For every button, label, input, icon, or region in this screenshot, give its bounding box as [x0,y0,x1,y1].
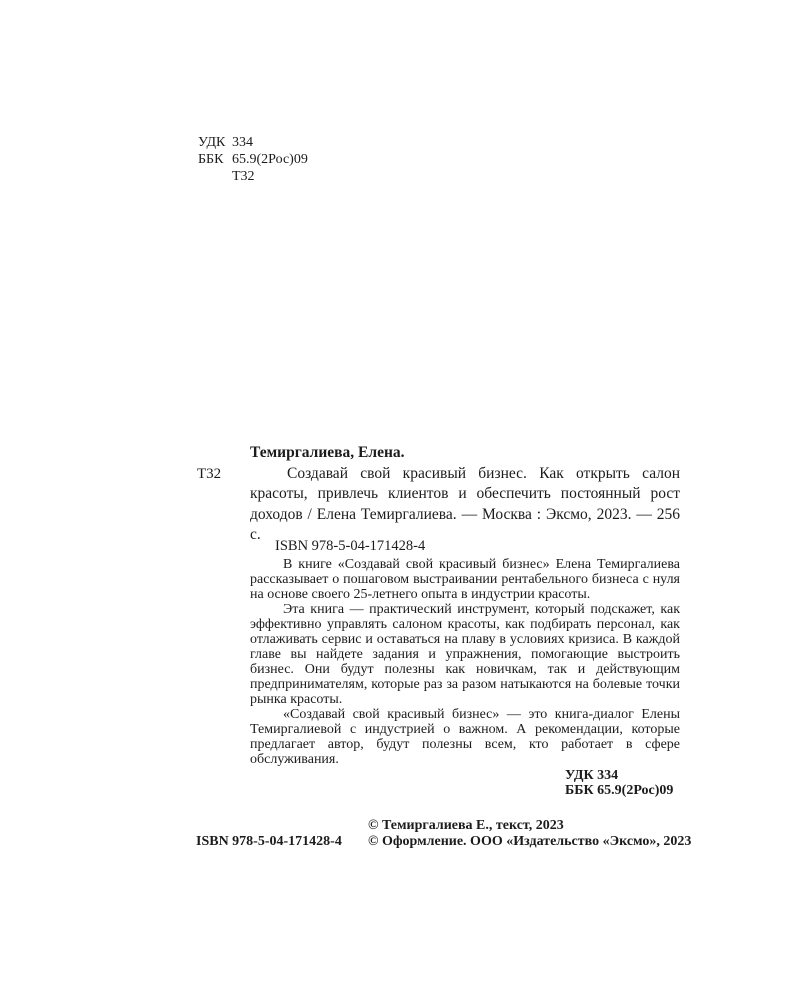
author-sign: Т32 [232,168,255,185]
bbk-row: ББК 65.9(2Рос)09 [198,151,308,168]
annotation-paragraph-2: Эта книга — практический инструмент, кот… [250,602,680,707]
author-sign-spacer [198,168,232,185]
classification-header: УДК 334 ББК 65.9(2Рос)09 Т32 [198,134,308,185]
udk-row: УДК 334 [198,134,308,151]
copyright-line-design: © Оформление. ООО «Издательство «Эксмо»,… [368,834,691,850]
udk-value: 334 [232,134,253,151]
bbk-value: 65.9(2Рос)09 [232,151,308,168]
annotation: В книге «Создавай свой красивый бизнес» … [250,557,680,767]
bbk-label: ББК [198,151,232,168]
isbn-line: ISBN 978-5-04-171428-4 [275,538,425,555]
annotation-paragraph-3: «Создавай свой красивый бизнес» — это кн… [250,707,680,767]
catalog-card-author-sign: Т32 [197,464,221,484]
classification-bbk: ББК 65.9(2Рос)09 [565,784,673,799]
classification-footer: УДК 334 ББК 65.9(2Рос)09 [565,769,673,798]
udk-label: УДК [198,134,232,151]
copyright-line-text: © Темиргалиева Е., текст, 2023 [368,818,691,834]
annotation-paragraph-1: В книге «Создавай свой красивый бизнес» … [250,557,680,602]
author-sign-row: Т32 [198,168,308,185]
author-heading: Темиргалиева, Елена. [250,443,680,464]
classification-udk: УДК 334 [565,769,673,784]
copyright-page: УДК 334 ББК 65.9(2Рос)09 Т32 Т32 Темирга… [0,0,800,1000]
imprint-isbn: ISBN 978-5-04-171428-4 [196,834,342,849]
copyright-block: © Темиргалиева Е., текст, 2023 © Оформле… [368,818,691,849]
bibliographic-description: Создавай свой красивый бизнес. Как откры… [250,464,680,546]
catalog-card: Темиргалиева, Елена. Создавай свой краси… [250,443,680,546]
